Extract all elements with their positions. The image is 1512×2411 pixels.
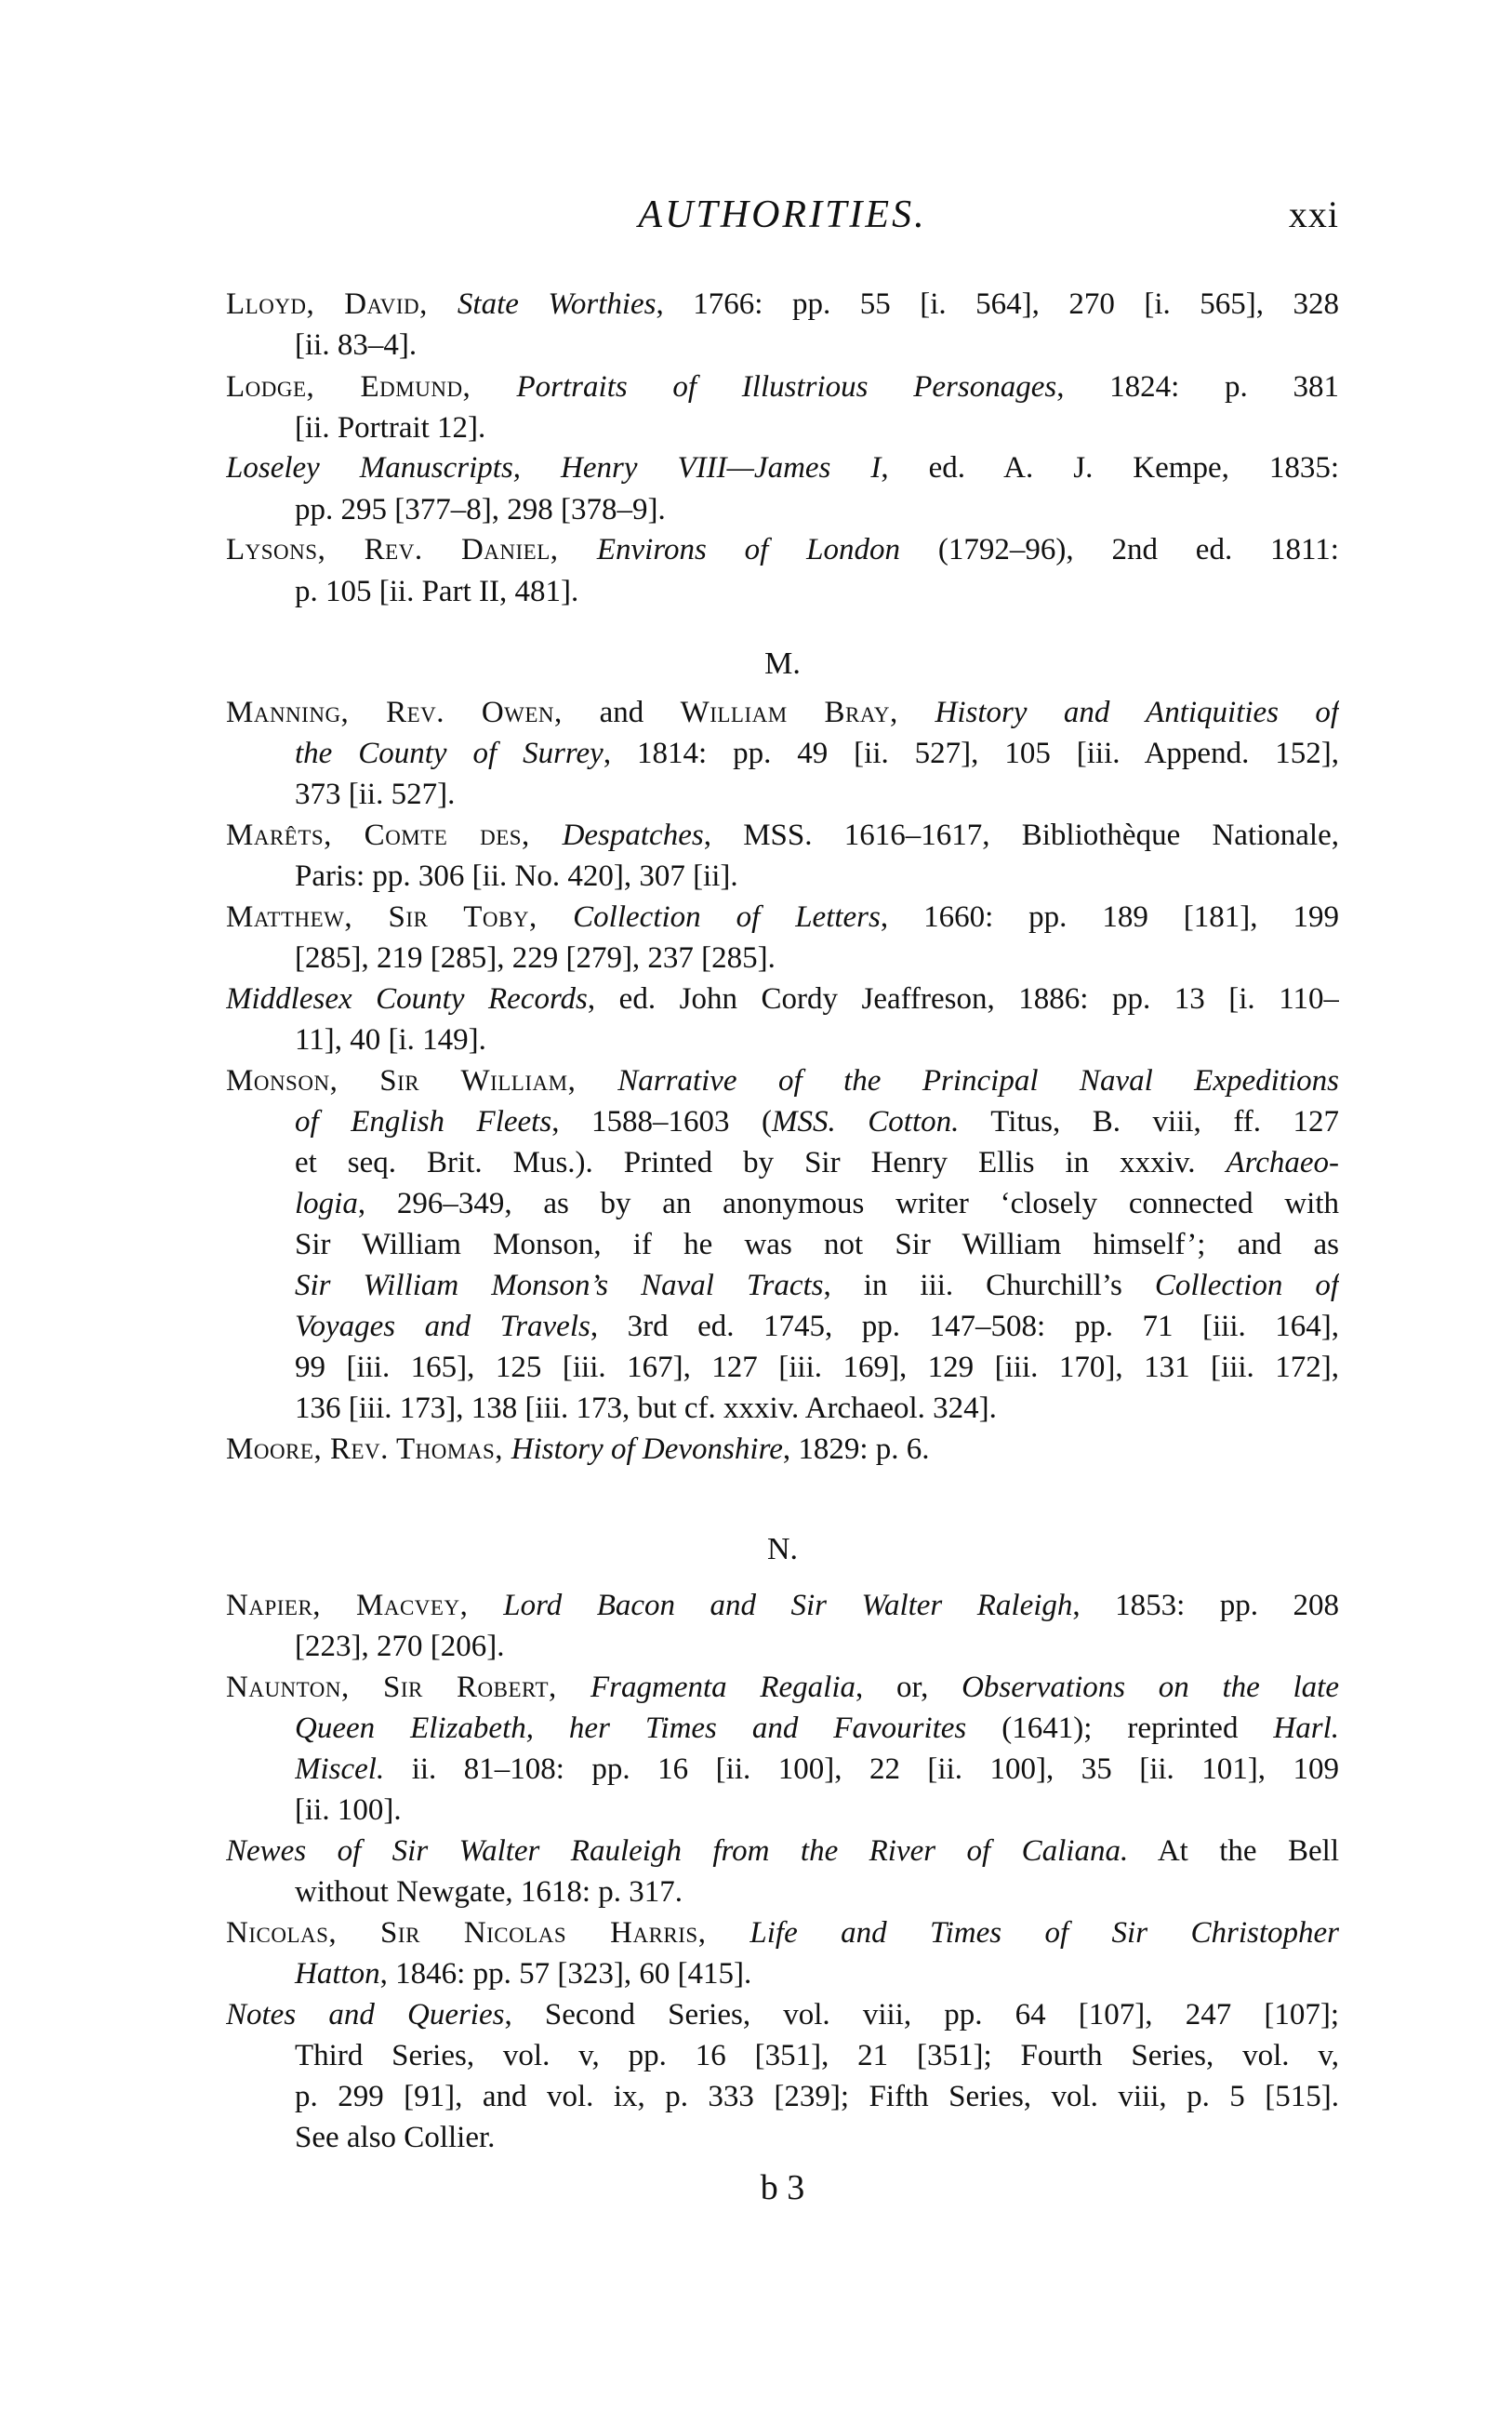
citation-text: , 1766: pp. 55 [i. 564], 270 [i. 565], 3… [657, 287, 1339, 321]
author-name: Matthew, Sir Toby, [226, 900, 573, 934]
work-title: Archaeo- [1226, 1146, 1339, 1179]
citation-text: pp. 295 [377–8], 298 [378–9]. [295, 493, 666, 526]
author-name: Marêts, Comte des, [226, 819, 563, 852]
citation-text: [223], 270 [206]. [295, 1630, 504, 1663]
entry-continuation-line: Voyages and Travels, 3rd ed. 1745, pp. 1… [295, 1308, 1339, 1345]
entry-continuation-line: of English Fleets, 1588–1603 (MSS. Cotto… [295, 1103, 1339, 1140]
entry-continuation-line: 11], 40 [i. 149]. [295, 1021, 1339, 1059]
section-heading-n: N. [226, 1531, 1339, 1568]
entry-line: Newes of Sir Walter Rauleigh from the Ri… [226, 1832, 1339, 1870]
author-name: William Bray, [681, 696, 935, 729]
entry-continuation-line: the County of Surrey, 1814: pp. 49 [ii. … [295, 735, 1339, 772]
entry-line: Lloyd, David, State Worthies, 1766: pp. … [226, 286, 1339, 323]
author-name: Moore, Rev. Thomas, [226, 1432, 511, 1466]
entry-line: Matthew, Sir Toby, Collection of Letters… [226, 899, 1339, 936]
entry-continuation-line: Queen Elizabeth, her Times and Favourite… [295, 1710, 1339, 1747]
author-name: Lysons, Rev. Daniel, [226, 533, 597, 566]
entry-continuation-line: Sir William Monson, if he was not Sir Wi… [295, 1226, 1339, 1263]
entry-continuation-line: See also Collier. [295, 2119, 1339, 2156]
citation-text: , 3rd ed. 1745, pp. 147–508: pp. 71 [iii… [590, 1310, 1339, 1343]
entry-line: Monson, Sir William, Narrative of the Pr… [226, 1062, 1339, 1099]
work-title: History of Devonshire [511, 1432, 783, 1466]
citation-text: Paris: pp. 306 [ii. No. 420], 307 [ii]. [295, 859, 738, 893]
author-name: Manning, Rev. Owen, [226, 696, 600, 729]
citation-text: , ed. John Cordy Jeaffreson, 1886: pp. 1… [588, 982, 1339, 1016]
author-name: Lodge, Edmund, [226, 370, 517, 404]
citation-text: , ed. A. J. Kempe, 1835: [881, 451, 1339, 485]
citation-text: See also Collier. [295, 2121, 495, 2154]
citation-text: , 1660: pp. 189 [181], 199 [881, 900, 1339, 934]
entry-line: Lodge, Edmund, Portraits of Illustrious … [226, 368, 1339, 406]
citation-text: 136 [iii. 173], 138 [iii. 173, but cf. x… [295, 1392, 997, 1425]
work-title: MSS. Cotton. [772, 1105, 959, 1139]
entry-line: Naunton, Sir Robert, Fragmenta Regalia, … [226, 1669, 1339, 1706]
entry-continuation-line: pp. 295 [377–8], 298 [378–9]. [295, 491, 1339, 528]
entry-continuation-line: logia, 296–349, as by an anonymous write… [295, 1185, 1339, 1222]
entry-line: Moore, Rev. Thomas, History of Devonshir… [226, 1431, 1339, 1468]
entry-line: Loseley Manuscripts, Henry VIII—James I,… [226, 449, 1339, 486]
work-title: State Worthies [458, 287, 657, 321]
citation-text: [ii. 100]. [295, 1793, 402, 1827]
citation-text: , Second Series, vol. viii, pp. 64 [107]… [504, 1998, 1339, 2031]
entry-continuation-line: Paris: pp. 306 [ii. No. 420], 307 [ii]. [295, 858, 1339, 895]
work-title: Observations on the late [962, 1671, 1339, 1704]
citation-text: Sir William Monson, if he was not Sir Wi… [295, 1228, 1339, 1261]
signature-mark: b 3 [226, 2167, 1339, 2208]
section-heading-m: M. [226, 646, 1339, 683]
citation-text: , 1824: p. 381 [1056, 370, 1339, 404]
entry-continuation-line: 99 [iii. 165], 125 [iii. 167], 127 [iii.… [295, 1349, 1339, 1386]
entry-continuation-line: [223], 270 [206]. [295, 1628, 1339, 1665]
book-page: AUTHORITIES. xxi M. N. Lloyd, David, Sta… [0, 0, 1512, 2411]
citation-text: , MSS. 1616–1617, Bibliothèque Nationale… [704, 819, 1339, 852]
work-title: Environs of London [597, 533, 900, 566]
work-title: Voyages and Travels [295, 1310, 590, 1343]
citation-text: (1792–96), 2nd ed. 1811: [900, 533, 1339, 566]
citation-text: , 1588–1603 ( [551, 1105, 772, 1139]
work-title: the County of Surrey [295, 737, 603, 770]
work-title: Sir William Monson’s Naval Tracts [295, 1269, 823, 1302]
citation-text: Third Series, vol. v, pp. 16 [351], 21 [… [295, 2039, 1339, 2072]
running-head: AUTHORITIES. xxi [226, 192, 1339, 238]
entry-continuation-line: without Newgate, 1618: p. 317. [295, 1873, 1339, 1911]
page-title: AUTHORITIES. [226, 192, 1339, 238]
entry-line: Manning, Rev. Owen, and William Bray, Hi… [226, 694, 1339, 731]
entry-continuation-line: p. 299 [91], and vol. ix, p. 333 [239]; … [295, 2078, 1339, 2115]
citation-text: [285], 219 [285], 229 [279], 237 [285]. [295, 941, 776, 975]
page-number: xxi [1289, 192, 1339, 238]
entry-continuation-line: 136 [iii. 173], 138 [iii. 173, but cf. x… [295, 1390, 1339, 1427]
citation-text: , 1814: pp. 49 [ii. 527], 105 [iii. Appe… [603, 737, 1339, 770]
work-title: Middlesex County Records [226, 982, 588, 1016]
citation-text: without Newgate, 1618: p. 317. [295, 1875, 683, 1909]
entry-continuation-line: Third Series, vol. v, pp. 16 [351], 21 [… [295, 2037, 1339, 2074]
work-title: Loseley Manuscripts, Henry VIII—James I [226, 451, 881, 485]
work-title: Fragmenta Regalia [590, 1671, 855, 1704]
work-title: Narrative of the Principal Naval Expedit… [617, 1064, 1339, 1098]
citation-text: , 1829: p. 6. [783, 1432, 930, 1466]
citation-text: , 296–349, as by an anonymous writer ‘cl… [358, 1187, 1339, 1220]
work-title: Miscel. [295, 1752, 384, 1786]
author-name: Nicolas, Sir Nicolas Harris, [226, 1916, 749, 1950]
author-name: Monson, Sir William, [226, 1064, 617, 1098]
citation-text: et seq. Brit. Mus.). Printed by Sir Henr… [295, 1146, 1226, 1179]
work-title: Portraits of Illustrious Personages [517, 370, 1057, 404]
entry-line: Middlesex County Records, ed. John Cordy… [226, 980, 1339, 1018]
citation-text: , or, [855, 1671, 962, 1704]
citation-text: 99 [iii. 165], 125 [iii. 167], 127 [iii.… [295, 1351, 1339, 1384]
citation-text: and [600, 696, 681, 729]
work-title: Notes and Queries [226, 1998, 504, 2031]
entry-continuation-line: et seq. Brit. Mus.). Printed by Sir Henr… [295, 1144, 1339, 1181]
work-title: History and Antiquities of [935, 696, 1339, 729]
work-title: Collection of Letters [573, 900, 881, 934]
citation-text: p. 105 [ii. Part II, 481]. [295, 575, 578, 608]
citation-text: At the Bell [1128, 1834, 1339, 1868]
citation-text: 373 [ii. 527]. [295, 778, 455, 811]
entry-line: Napier, Macvey, Lord Bacon and Sir Walte… [226, 1587, 1339, 1624]
work-title: Collection of [1155, 1269, 1339, 1302]
citation-text: , 1853: pp. 208 [1072, 1589, 1339, 1622]
work-title: logia [295, 1187, 358, 1220]
citation-text: 11], 40 [i. 149]. [295, 1023, 486, 1057]
citation-text: ii. 81–108: pp. 16 [ii. 100], 22 [ii. 10… [384, 1752, 1339, 1786]
work-title: Queen Elizabeth, her Times and Favourite… [295, 1712, 966, 1745]
work-title: Despatches [563, 819, 704, 852]
citation-text: [ii. 83–4]. [295, 328, 417, 362]
citation-text: [ii. Portrait 12]. [295, 411, 485, 445]
author-name: Napier, Macvey, [226, 1589, 503, 1622]
entry-continuation-line: [285], 219 [285], 229 [279], 237 [285]. [295, 939, 1339, 977]
work-title: Harl. [1273, 1712, 1339, 1745]
entry-line: Marêts, Comte des, Despatches, MSS. 1616… [226, 817, 1339, 854]
work-title: Lord Bacon and Sir Walter Raleigh [503, 1589, 1072, 1622]
citation-text: (1641); reprinted [966, 1712, 1273, 1745]
entry-continuation-line: Sir William Monson’s Naval Tracts, in ii… [295, 1267, 1339, 1304]
entry-continuation-line: [ii. 83–4]. [295, 326, 1339, 364]
entry-line: Notes and Queries, Second Series, vol. v… [226, 1996, 1339, 2033]
work-title: Life and Times of Sir Christopher [749, 1916, 1339, 1950]
entry-continuation-line: Hatton, 1846: pp. 57 [323], 60 [415]. [295, 1955, 1339, 1992]
entry-continuation-line: p. 105 [ii. Part II, 481]. [295, 573, 1339, 610]
citation-text: p. 299 [91], and vol. ix, p. 333 [239]; … [295, 2080, 1339, 2113]
entry-line: Lysons, Rev. Daniel, Environs of London … [226, 531, 1339, 568]
entry-continuation-line: [ii. 100]. [295, 1792, 1339, 1829]
entry-line: Nicolas, Sir Nicolas Harris, Life and Ti… [226, 1914, 1339, 1951]
citation-text: , in iii. Churchill’s [823, 1269, 1154, 1302]
work-title: Newes of Sir Walter Rauleigh from the Ri… [226, 1834, 1128, 1868]
author-name: Lloyd, David, [226, 287, 458, 321]
work-title: Hatton [295, 1957, 380, 1991]
entry-continuation-line: [ii. Portrait 12]. [295, 409, 1339, 446]
citation-text: , 1846: pp. 57 [323], 60 [415]. [380, 1957, 752, 1991]
work-title: of English Fleets [295, 1105, 551, 1139]
author-name: Naunton, Sir Robert, [226, 1671, 590, 1704]
entry-continuation-line: 373 [ii. 527]. [295, 776, 1339, 813]
citation-text: Titus, B. viii, ff. 127 [959, 1105, 1339, 1139]
entry-continuation-line: Miscel. ii. 81–108: pp. 16 [ii. 100], 22… [295, 1751, 1339, 1788]
